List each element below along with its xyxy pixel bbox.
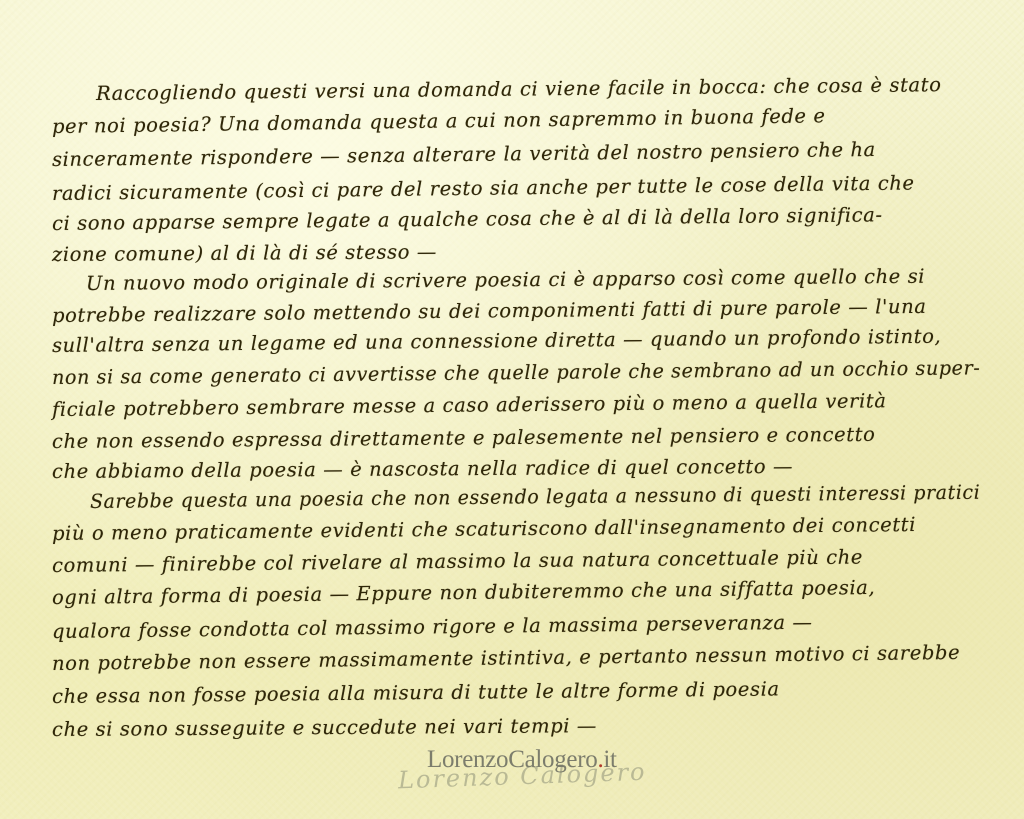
manuscript-line-7: Un nuovo modo originale di scrivere poes… — [86, 265, 925, 295]
manuscript-line-13: che abbiamo della poesia — è nascosta ne… — [52, 455, 793, 483]
manuscript-line-21: che si sono susseguite e succedute nei v… — [52, 714, 597, 741]
manuscript-line-11: ficiale potrebbero sembrare messe a caso… — [52, 389, 887, 421]
manuscript-line-9: sull'altra senza un legame ed una connes… — [52, 325, 942, 357]
manuscript-line-3: sinceramente rispondere — senza alterare… — [52, 138, 876, 171]
manuscript-line-12: che non essendo espressa direttamente e … — [52, 423, 876, 453]
manuscript-line-19: non potrebbe non essere massimamente ist… — [52, 641, 960, 675]
manuscript-line-5: ci sono apparse sempre legate a qualche … — [52, 203, 883, 235]
manuscript-line-1: Raccogliendo questi versi una domanda ci… — [96, 73, 942, 105]
manuscript-line-20: che essa non fosse poesia alla misura di… — [52, 677, 780, 708]
manuscript-line-18: qualora fosse condotta col massimo rigor… — [52, 611, 813, 643]
manuscript-line-6: zione comune) al di là di sé stesso — — [52, 240, 437, 266]
manuscript-line-17: ogni altra forma di poesia — Eppure non … — [52, 576, 876, 609]
manuscript-line-14: Sarebbe questa una poesia che non essend… — [90, 481, 981, 513]
manuscript-line-16: comuni — finirebbe col rivelare al massi… — [52, 546, 863, 577]
manuscript-line-2: per noi poesia? Una domanda questa a cui… — [52, 104, 826, 138]
manuscript-line-4: radici sicuramente (così ci pare del res… — [52, 171, 915, 205]
handwritten-manuscript: Raccogliendo questi versi una domanda ci… — [0, 0, 1024, 819]
manuscript-line-15: più o meno praticamente evidenti che sca… — [52, 513, 916, 545]
manuscript-line-8: potrebbe realizzare solo mettendo su dei… — [52, 295, 927, 327]
manuscript-line-10: non si sa come generato ci avvertisse ch… — [52, 356, 981, 389]
